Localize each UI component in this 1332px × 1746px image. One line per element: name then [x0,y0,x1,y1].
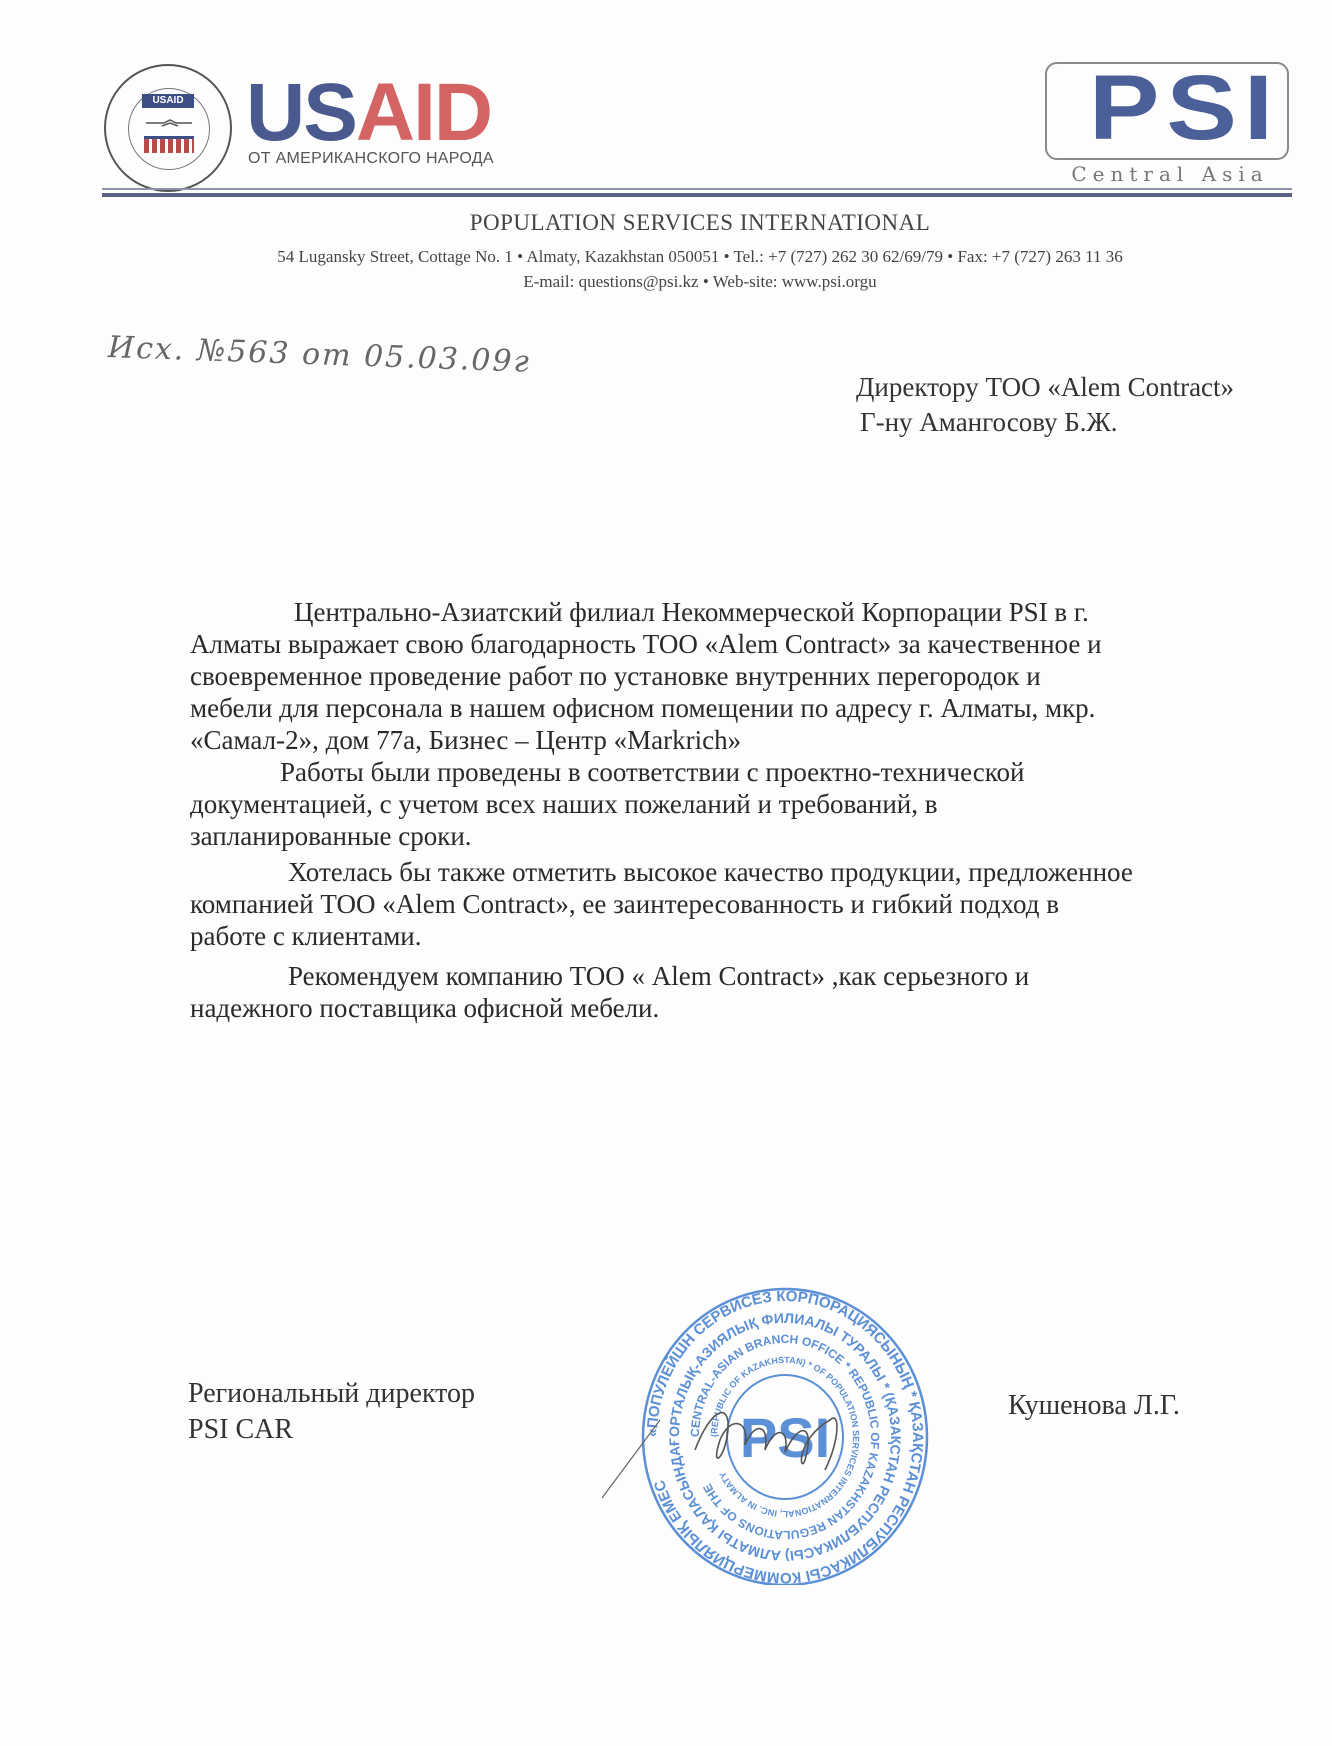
seal-stripes [144,136,194,153]
usaid-wordmark: USAID [246,72,491,154]
header-rule-thick [102,193,1292,197]
seal-badge: USAID [142,94,194,108]
body-line: компанией ТОО «Alem Contract», ее заинте… [190,888,1330,920]
signatory-title-line-2: PSI CAR [188,1412,475,1448]
paragraph-3: Хотелась бы также отметить высокое качес… [190,856,1330,952]
usaid-seal: USAID [104,64,232,192]
addressee-block: Директору ТОО «Alem Contract» Г-ну Аманг… [856,370,1234,440]
body-line: Работы были проведены в соответствии с п… [280,757,1024,787]
body-line: своевременное проведение работ по устано… [190,660,1330,692]
contact-line: E-mail: questions@psi.kz • Web-site: www… [0,272,1332,292]
usaid-wordmark-aid: AID [356,67,491,158]
addressee-line-1: Директору ТОО «Alem Contract» [856,370,1234,405]
paragraph-4: Рекомендуем компанию ТОО « Alem Contract… [190,960,1330,1024]
signatory-title: Региональный директор PSI CAR [188,1376,475,1448]
body-line: работе с клиентами. [190,920,1330,952]
psi-logo-wordmark: PSI [1058,58,1311,159]
paragraph-1: Центрально-Азиатский филиал Некоммерческ… [190,596,1330,756]
handshake-icon [144,114,194,132]
signatory-name: Кушенова Л.Г. [1008,1390,1180,1422]
outgoing-reference-number: Исх. №563 от 05.03.09г [107,330,531,380]
body-line: запланированные сроки. [190,820,1330,852]
body-line: Центрально-Азиатский филиал Некоммерческ… [294,597,1089,627]
signatory-title-line-1: Региональный директор [188,1376,475,1412]
body-line: «Самал-2», дом 77а, Бизнес – Центр «Mark… [190,724,1330,756]
body-line: надежного поставщика офисной мебели. [190,992,1330,1024]
addressee-line-2: Г-ну Амангосову Б.Ж. [856,405,1234,440]
body-line: Алматы выражает свою благодарность ТОО «… [190,628,1330,660]
usaid-wordmark-us: US [246,67,356,158]
body-line: документацией, с учетом всех наших пожел… [190,788,1330,820]
body-line: Рекомендуем компанию ТОО « Alem Contract… [288,961,1029,991]
body-line: Хотелась бы также отметить высокое качес… [288,857,1133,887]
usaid-tagline: ОТ АМЕРИКАНСКОГО НАРОДА [248,150,494,168]
psi-logo-subtitle: Central Asia [1050,162,1290,186]
paragraph-2: Работы были проведены в соответствии с п… [190,756,1330,852]
letter-body: Центрально-Азиатский филиал Некоммерческ… [190,596,1330,1024]
body-line: мебели для персонала в нашем офисном пом… [190,692,1330,724]
header-rule-thin [102,188,1292,190]
handwritten-signature-icon [600,1380,920,1500]
organization-name: POPULATION SERVICES INTERNATIONAL [0,210,1332,236]
address-line: 54 Lugansky Street, Cottage No. 1 • Alma… [0,247,1332,267]
